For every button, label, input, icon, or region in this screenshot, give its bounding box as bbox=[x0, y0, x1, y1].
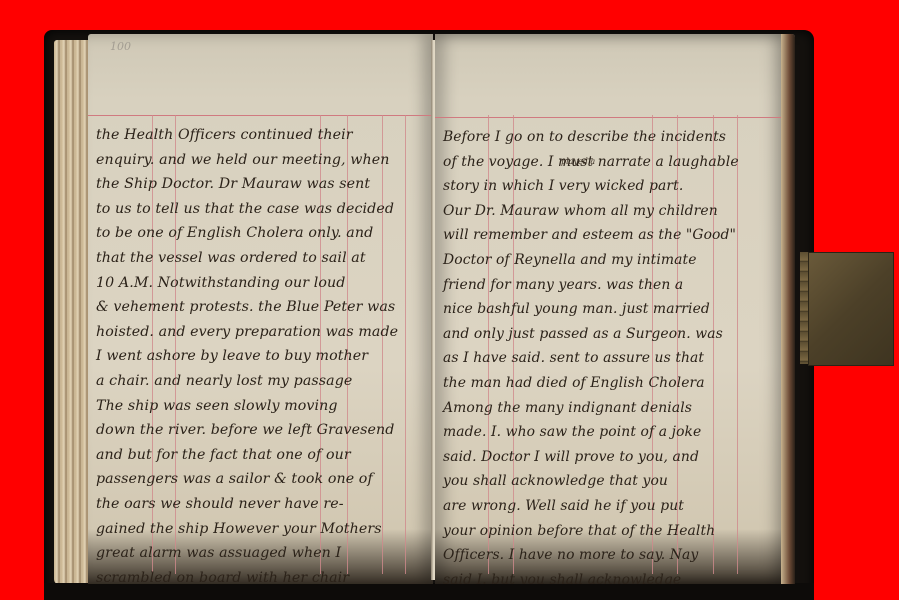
text-line: Our Dr. Mauraw whom all my children bbox=[443, 199, 775, 224]
text-line: friend for many years. was then a bbox=[443, 273, 775, 298]
cover-bottom-edge bbox=[44, 583, 814, 600]
right-page: played a Before I go on to describe the … bbox=[435, 34, 795, 584]
left-page: 100 the Health Officers continued their … bbox=[88, 34, 433, 584]
text-line: the Ship Doctor. Dr Mauraw was sent bbox=[96, 172, 427, 197]
text-line: the Health Officers continued their bbox=[96, 123, 427, 148]
header-rule bbox=[435, 117, 795, 118]
text-line: The ship was seen slowly moving bbox=[96, 394, 427, 419]
text-line: & vehement protests. the Blue Peter was bbox=[96, 295, 427, 320]
text-line: and but for the fact that one of our bbox=[96, 443, 427, 468]
text-line: and only just passed as a Surgeon. was bbox=[443, 322, 775, 347]
text-line: scrambled on board with her chair bbox=[96, 566, 427, 584]
text-line: the man had died of English Cholera bbox=[443, 371, 775, 396]
handwritten-text-left: the Health Officers continued their enqu… bbox=[96, 123, 427, 584]
text-line: down the river. before we left Gravesend bbox=[96, 418, 427, 443]
text-line: I went ashore by leave to buy mother bbox=[96, 344, 427, 369]
text-line: said I. but you shall acknowledge bbox=[443, 568, 775, 584]
text-line: you shall acknowledge that you bbox=[443, 469, 775, 494]
text-line: hoisted. and every preparation was made bbox=[96, 320, 427, 345]
text-line: as I have said. sent to assure us that bbox=[443, 346, 775, 371]
text-line: Doctor of Reynella and my intimate bbox=[443, 248, 775, 273]
text-line: to us to tell us that the case was decid… bbox=[96, 197, 427, 222]
text-line: a chair. and nearly lost my passage bbox=[96, 369, 427, 394]
text-line: story in which I very wicked part. bbox=[443, 174, 775, 199]
text-line: Officers. I have no more to say. Nay bbox=[443, 543, 775, 568]
text-line: made. I. who saw the point of a joke bbox=[443, 420, 775, 445]
text-line: to be one of English Cholera only. and bbox=[96, 221, 427, 246]
text-line: of the voyage. I must narrate a laughabl… bbox=[443, 150, 775, 175]
text-line: Before I go on to describe the incidents bbox=[443, 125, 775, 150]
text-line: will remember and esteem as the "Good" bbox=[443, 223, 775, 248]
text-line: passengers was a sailor & took one of bbox=[96, 467, 427, 492]
brass-clasp bbox=[808, 252, 894, 366]
text-line: enquiry. and we held our meeting, when bbox=[96, 148, 427, 173]
text-line: your opinion before that of the Health bbox=[443, 519, 775, 544]
page-number: 100 bbox=[110, 40, 131, 53]
text-line: the oars we should never have re- bbox=[96, 492, 427, 517]
text-line: great alarm was assuaged when I bbox=[96, 541, 427, 566]
text-line: that the vessel was ordered to sail at bbox=[96, 246, 427, 271]
text-line: are wrong. Well said he if you put bbox=[443, 494, 775, 519]
text-line: Among the many indignant denials bbox=[443, 396, 775, 421]
text-line: gained the ship However your Mothers bbox=[96, 517, 427, 542]
text-line: 10 A.M. Notwithstanding our loud bbox=[96, 271, 427, 296]
handwritten-text-right: played a Before I go on to describe the … bbox=[443, 125, 775, 584]
text-line: said. Doctor I will prove to you, and bbox=[443, 445, 775, 470]
text-line: nice bashful young man. just married bbox=[443, 297, 775, 322]
interlinear-insertion: played a bbox=[561, 157, 595, 166]
